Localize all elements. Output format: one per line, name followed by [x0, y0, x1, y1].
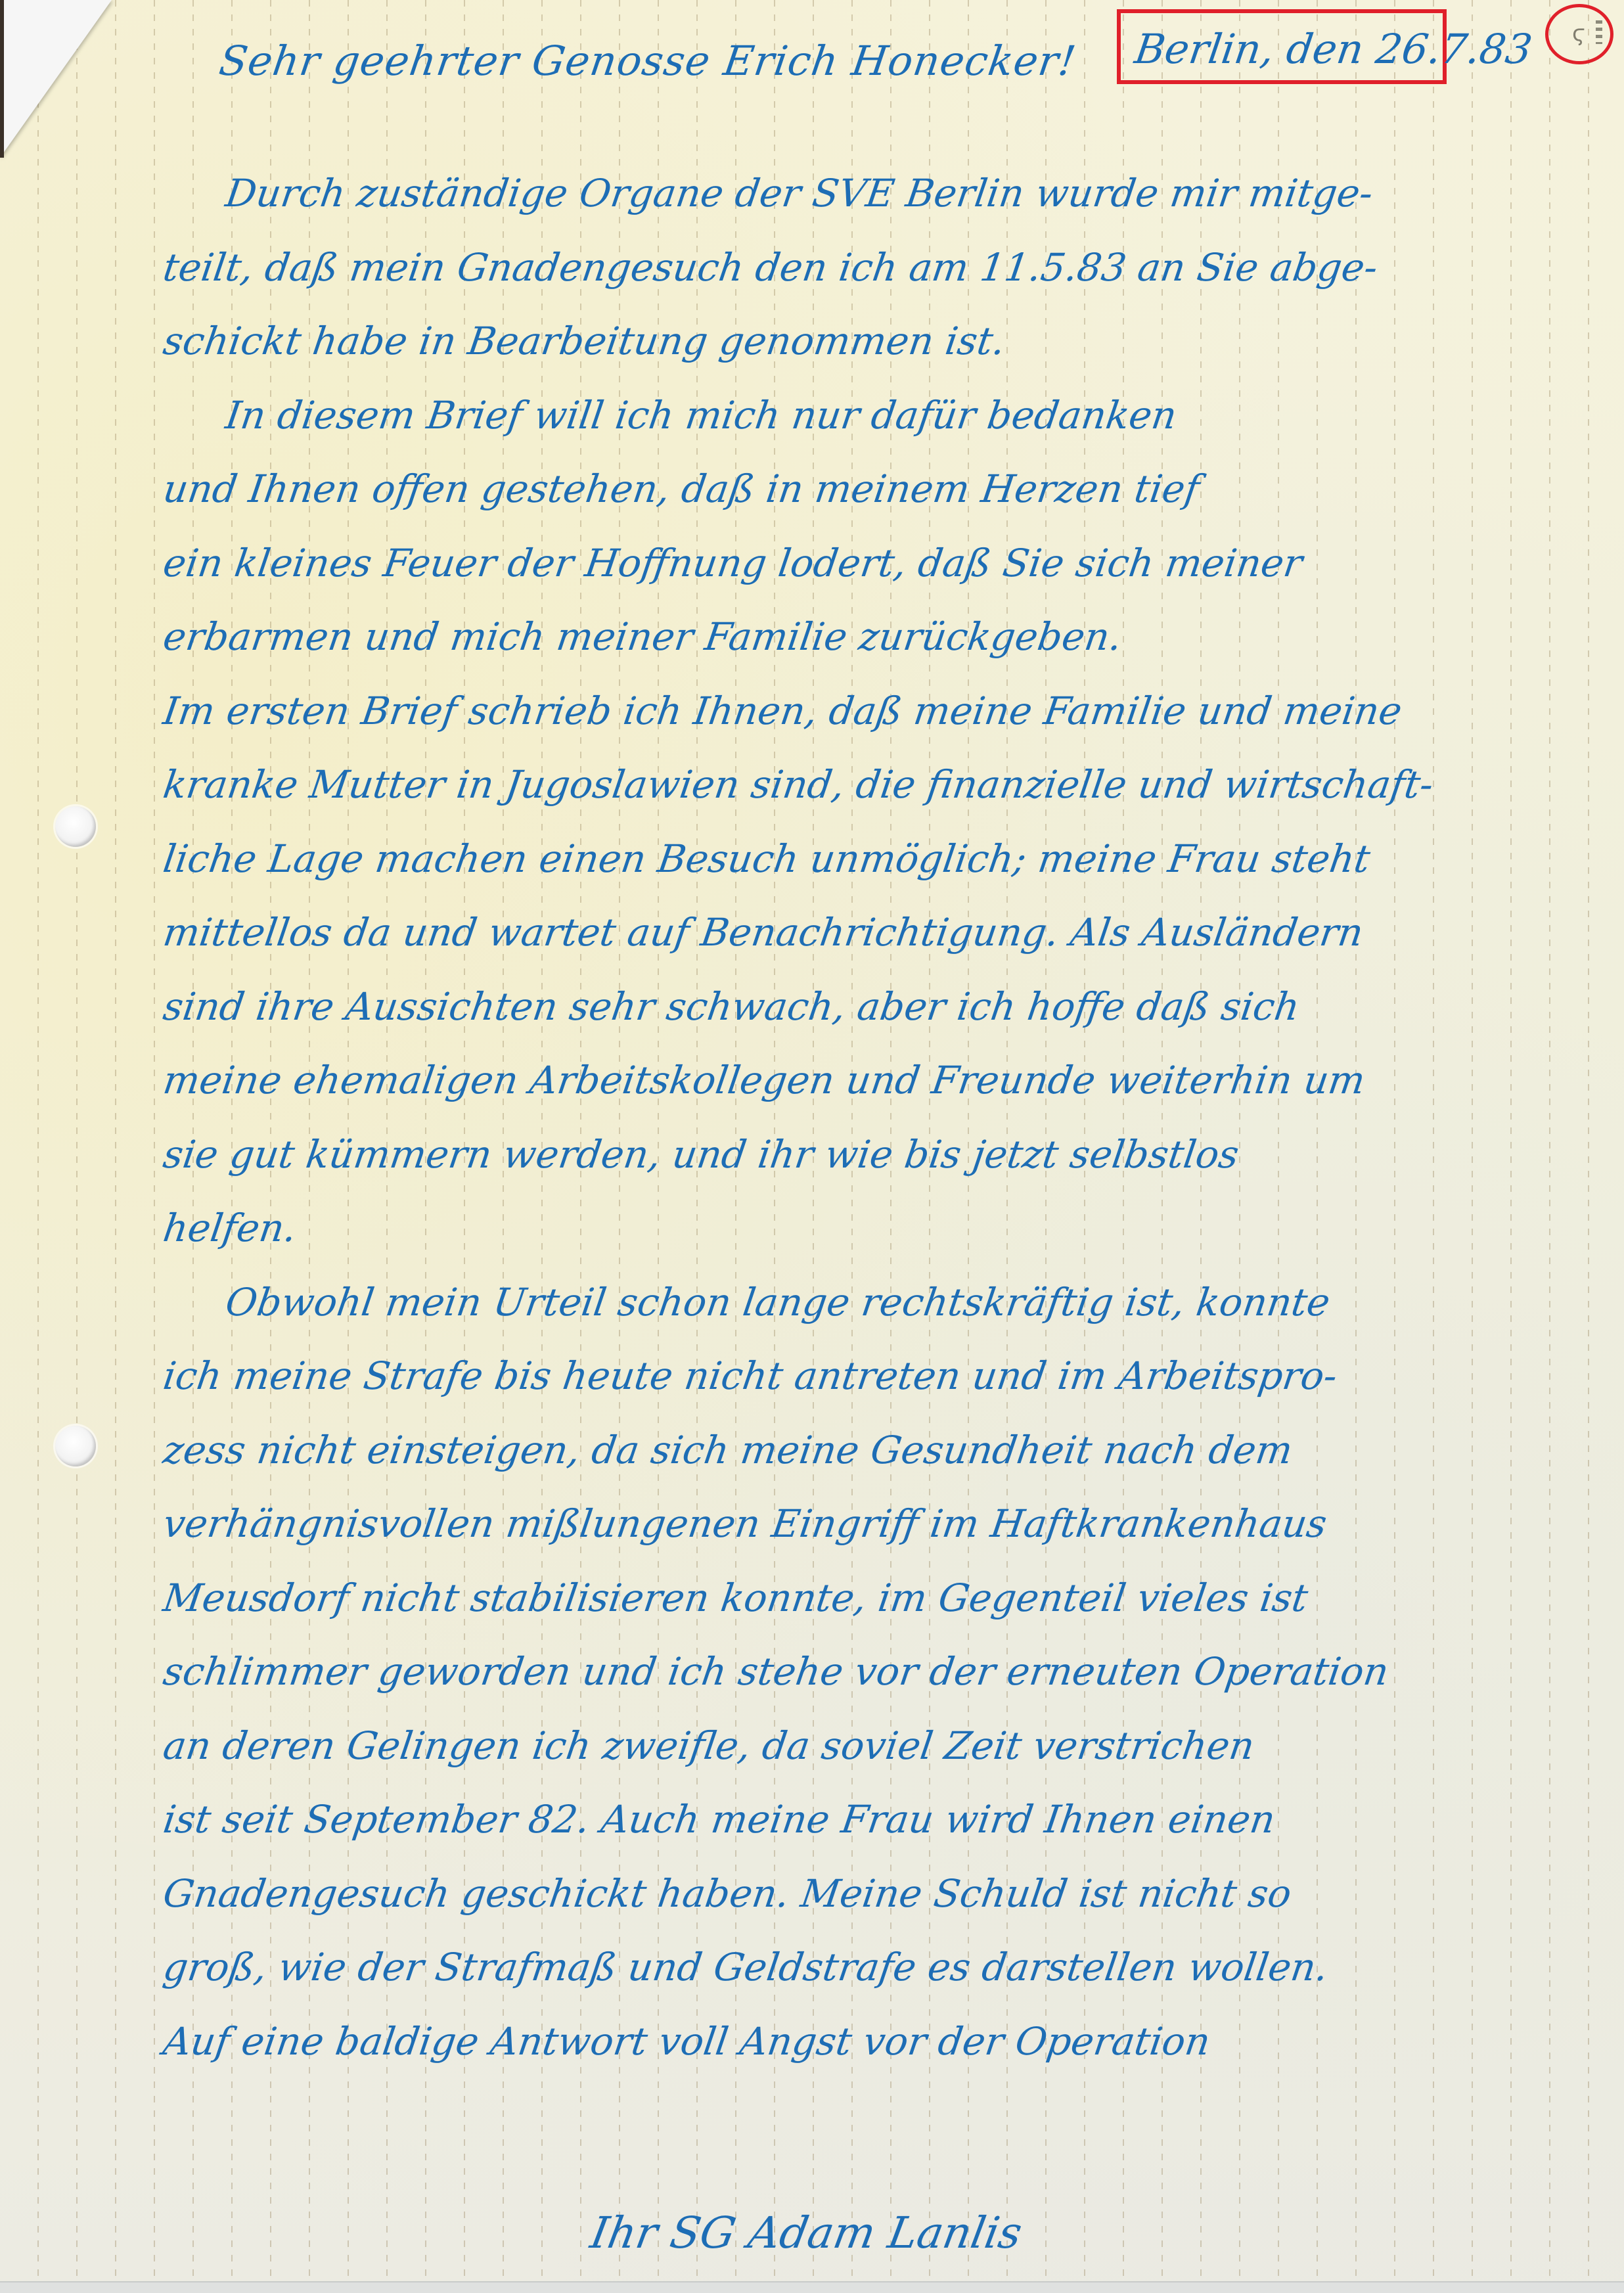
corner-shadow-edge	[0, 0, 4, 158]
letter-line: ich meine Strafe bis heute nicht antrete…	[161, 1357, 1340, 1395]
paper-bottom-edge	[0, 2281, 1624, 2293]
signature: Ihr SG Adam Lanlis	[587, 2208, 1026, 2258]
letter-line: helfen.	[161, 1209, 299, 1247]
letter-line: Meusdorf nicht stabilisieren konnte, im …	[161, 1579, 1310, 1617]
letter-line: sind ihre Aussichten sehr schwach, aber …	[161, 988, 1302, 1026]
letter-line: verhängnisvollen mißlungenen Eingriff im…	[161, 1505, 1329, 1543]
letter-line: erbarmen und mich meiner Familie zurückg…	[161, 618, 1124, 656]
letter-line: Durch zuständige Organe der SVE Berlin w…	[223, 174, 1375, 212]
letter-line: Gnadengesuch geschickt haben. Meine Schu…	[161, 1874, 1294, 1913]
letter-line: groß, wie der Strafmaß und Geldstrafe es…	[161, 1948, 1330, 1986]
letter-line: und Ihnen offen gestehen, daß in meinem …	[161, 470, 1202, 508]
folded-corner	[0, 0, 112, 158]
letter-line: kranke Mutter in Jugoslawien sind, die f…	[161, 765, 1435, 804]
letter-line: schickt habe in Bearbeitung genommen ist…	[161, 322, 1008, 360]
letter-line: mittellos da und wartet auf Benachrichti…	[161, 913, 1366, 951]
salutation: Sehr geehrter Genosse Erich Honecker!	[217, 41, 1079, 81]
letter-line: an deren Gelingen ich zweifle, da soviel…	[161, 1727, 1257, 1765]
archive-stamp-icon: ϛ	[1560, 16, 1597, 51]
letter-line: In diesem Brief will ich mich nur dafür …	[223, 396, 1179, 434]
letter-line: Auf eine baldige Antwort voll Angst vor …	[161, 2022, 1213, 2060]
date-annotation-box: Berlin, den 26.7.83	[1117, 9, 1447, 84]
punch-hole-icon	[55, 1426, 96, 1466]
letter-line: teilt, daß mein Gnadengesuch den ich am …	[161, 248, 1380, 286]
letter-line: schlimmer geworden und ich stehe vor der…	[161, 1652, 1391, 1691]
letter-line: Obwohl mein Urteil schon lange rechtskrä…	[223, 1283, 1332, 1321]
letter-line: meine ehemaligen Arbeitskollegen und Fre…	[161, 1061, 1368, 1099]
letter-line: ist seit September 82. Auch meine Frau w…	[161, 1800, 1278, 1838]
letter-line: Im ersten Brief schrieb ich Ihnen, daß m…	[161, 692, 1405, 730]
date-line: Berlin, den 26.7.83	[1132, 25, 1535, 73]
punch-hole-icon	[55, 806, 96, 847]
letter-line: sie gut kümmern werden, und ihr wie bis …	[161, 1135, 1241, 1173]
letter-line: liche Lage machen einen Besuch unmöglich…	[161, 840, 1372, 878]
letter-line: zess nicht einsteigen, da sich meine Ges…	[161, 1431, 1295, 1469]
letter-sheet: Berlin, den 26.7.83 ϛ Sehr geehrter Geno…	[0, 0, 1624, 2293]
stamp-annotation-circle: ϛ	[1545, 4, 1613, 64]
letter-line: ein kleines Feuer der Hoffnung lodert, d…	[161, 544, 1305, 582]
